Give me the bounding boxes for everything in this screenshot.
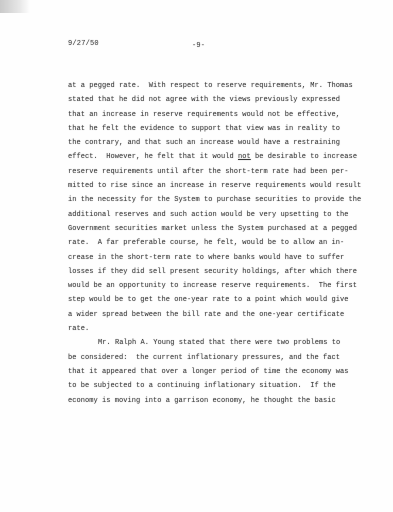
text-line: rate. A far preferable course, he felt, …	[68, 236, 368, 250]
text-line: Mr. Ralph A. Young stated that there wer…	[68, 336, 368, 350]
text-line: in the necessity for the System to purch…	[68, 193, 368, 207]
text-line: a wider spread between the bill rate and…	[68, 308, 368, 322]
text-line: that he felt the evidence to support tha…	[68, 122, 368, 136]
text-line: mitted to rise since an increase in rese…	[68, 179, 368, 193]
text-line: stated that he did not agree with the vi…	[68, 93, 368, 107]
text-line: economy is moving into a garrison econom…	[68, 394, 368, 408]
text-line: that an increase in reserve requirements…	[68, 108, 368, 122]
scan-artifact	[0, 0, 30, 13]
document-date: 9/27/50	[68, 40, 99, 48]
text-line: at a pegged rate. With respect to reserv…	[68, 79, 368, 93]
text-line: losses if they did sell present security…	[68, 265, 368, 279]
document-header: 9/27/50 -9-	[68, 40, 351, 54]
text-line: crease in the short-term rate to where b…	[68, 251, 368, 265]
text-line: rate.	[68, 322, 368, 336]
document-body: at a pegged rate. With respect to reserv…	[68, 79, 368, 408]
text-line: reserve requirements until after the sho…	[68, 165, 368, 179]
text-line: that it appeared that over a longer peri…	[68, 365, 368, 379]
text-line: Government securities market unless the …	[68, 222, 368, 236]
text-line: be considered: the current inflationary …	[68, 351, 368, 365]
text-line: effect. However, he felt that it would n…	[68, 150, 368, 164]
scanned-document-page: 9/27/50 -9- at a pegged rate. With respe…	[0, 0, 393, 512]
text-line: the contrary, and that such an increase …	[68, 136, 368, 150]
text-line: would be an opportunity to increase rese…	[68, 279, 368, 293]
text-line: to be subjected to a continuing inflatio…	[68, 379, 368, 393]
underlined-word: not	[238, 153, 251, 161]
page-number: -9-	[192, 42, 205, 50]
text-line: step would be to get the one-year rate t…	[68, 293, 368, 307]
text-line: additional reserves and such action woul…	[68, 208, 368, 222]
